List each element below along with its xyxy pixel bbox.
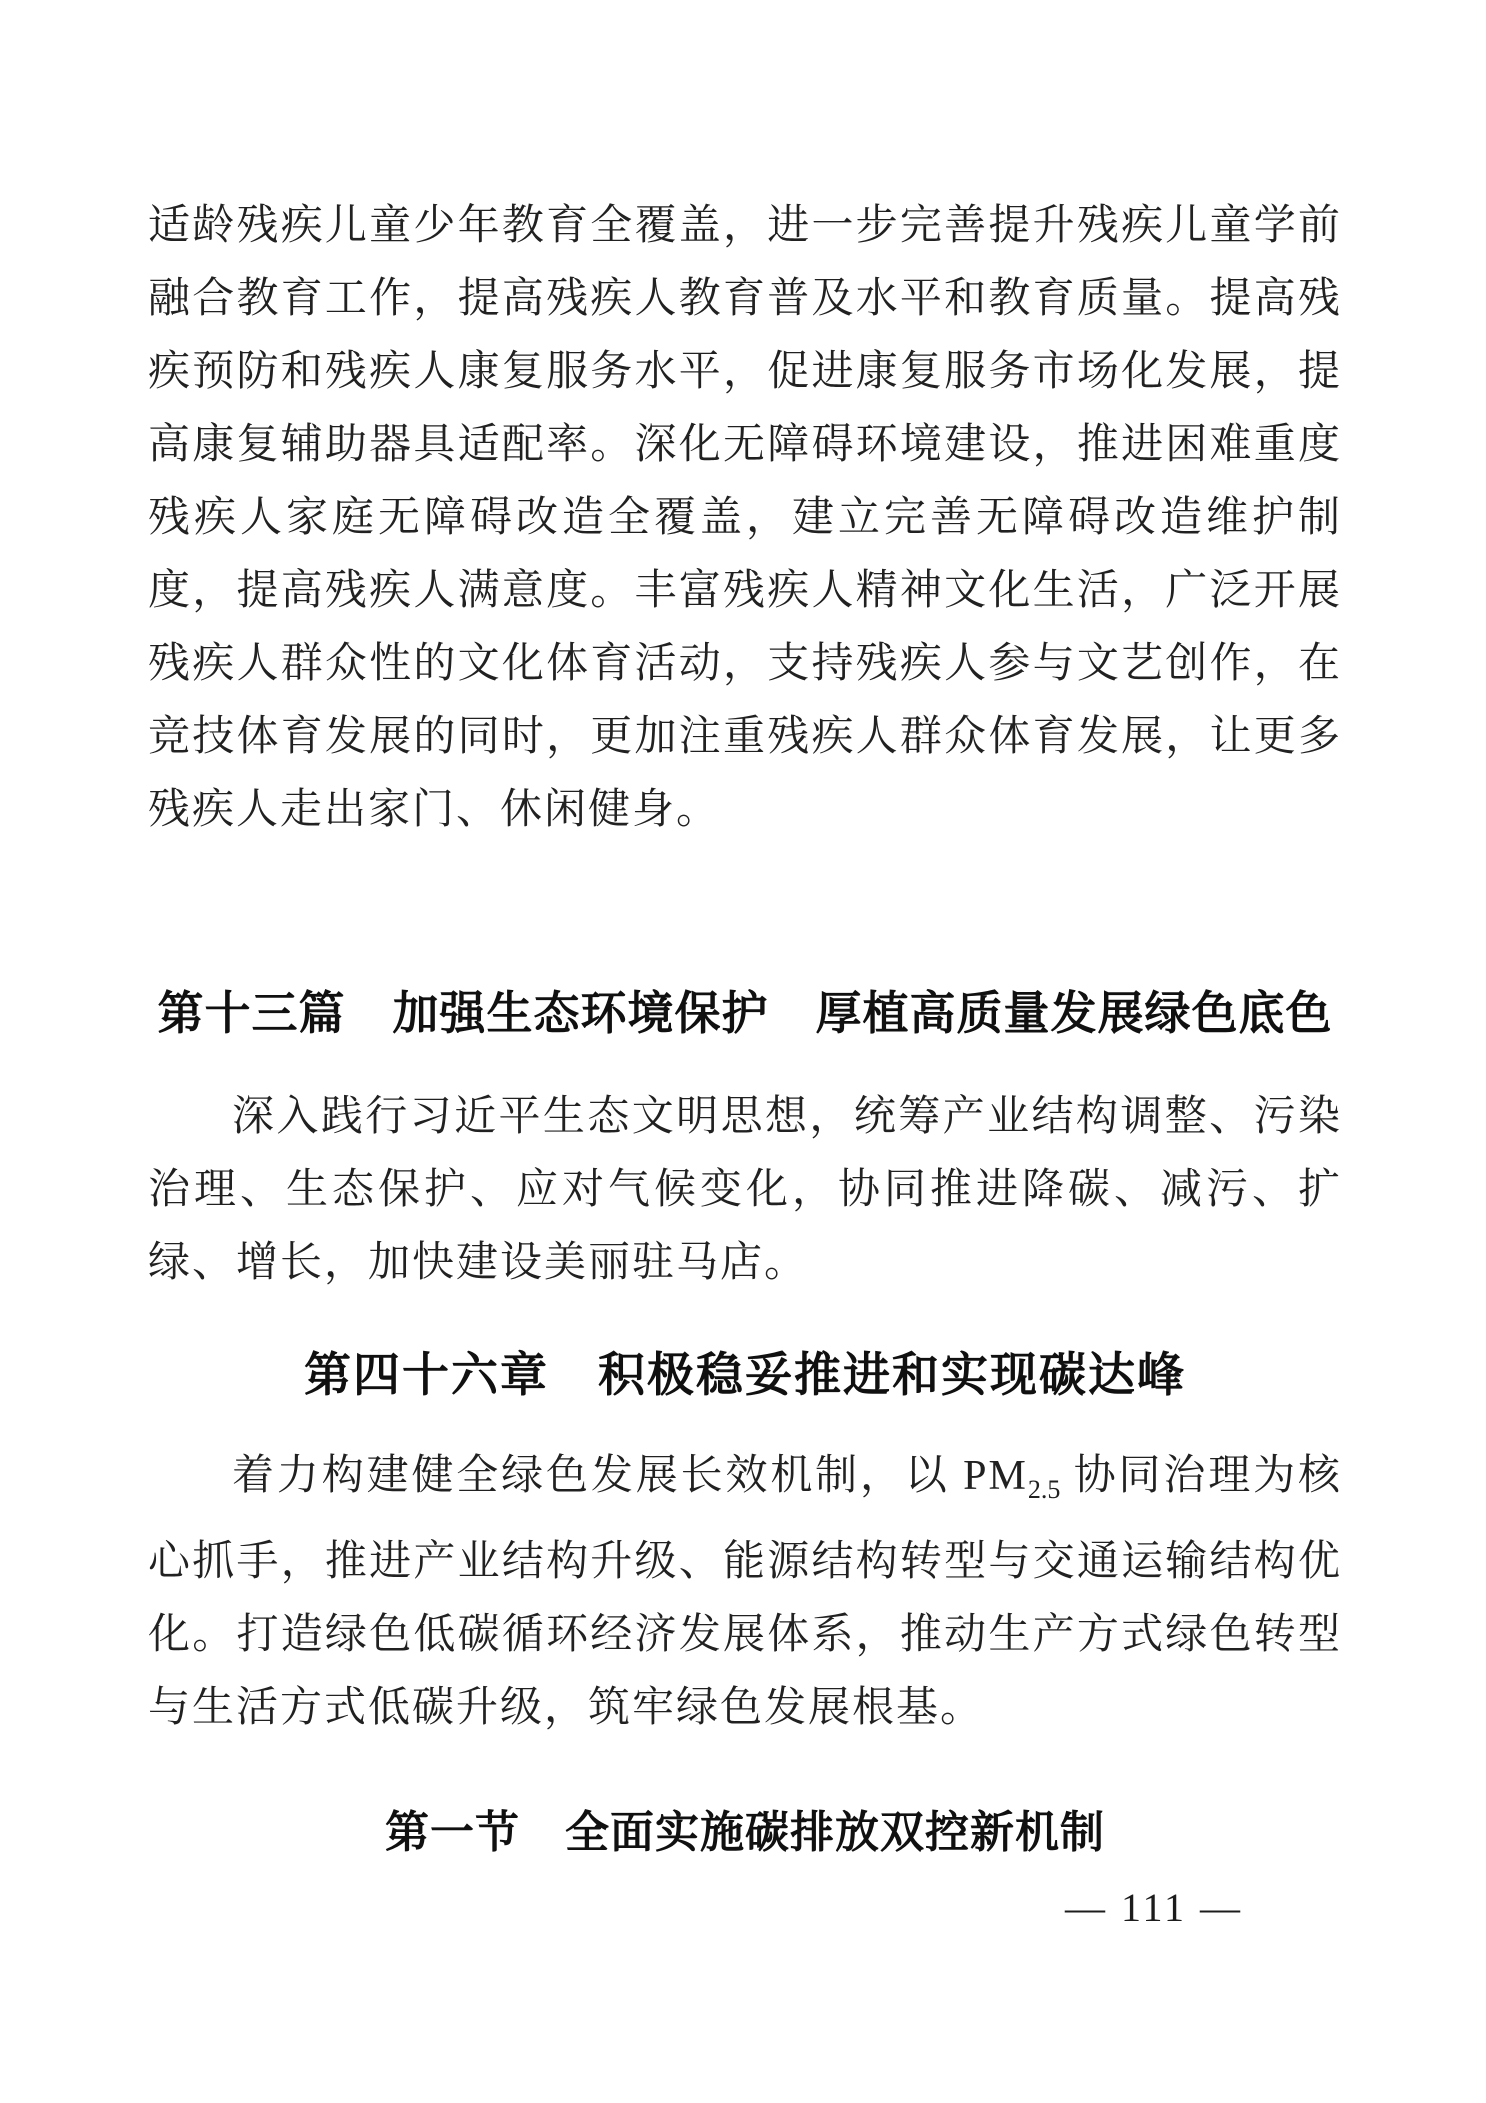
part-heading-13: 第十三篇 加强生态环境保护 厚植高质量发展绿色底色 [148, 985, 1342, 1041]
carbon-paragraph-text-before-pm: 着力构建健全绿色发展长效机制，以 PM [232, 1453, 1028, 1499]
paragraph-ecology-intro: 深入践行习近平生态文明思想，统筹产业结构调整、污染治理、生态保护、应对气候变化，… [148, 1081, 1342, 1300]
document-page: 适龄残疾儿童少年教育全覆盖，进一步完善提升残疾儿童学前融合教育工作，提高残疾人教… [0, 0, 1486, 2103]
paragraph-carbon-peak: 着力构建健全绿色发展长效机制，以 PM2.5 协同治理为核心抓手，推进产业结构升… [148, 1440, 1342, 1745]
paragraph-disability-services: 适龄残疾儿童少年教育全覆盖，进一步完善提升残疾儿童学前融合教育工作，提高残疾人教… [148, 190, 1342, 847]
page-number: — 111 — [1065, 1884, 1243, 1931]
chapter-heading-46: 第四十六章 积极稳妥推进和实现碳达峰 [148, 1348, 1342, 1404]
pm25-subscript: 2.5 [1028, 1475, 1061, 1504]
section-heading-1: 第一节 全面实施碳排放双控新机制 [148, 1807, 1342, 1859]
